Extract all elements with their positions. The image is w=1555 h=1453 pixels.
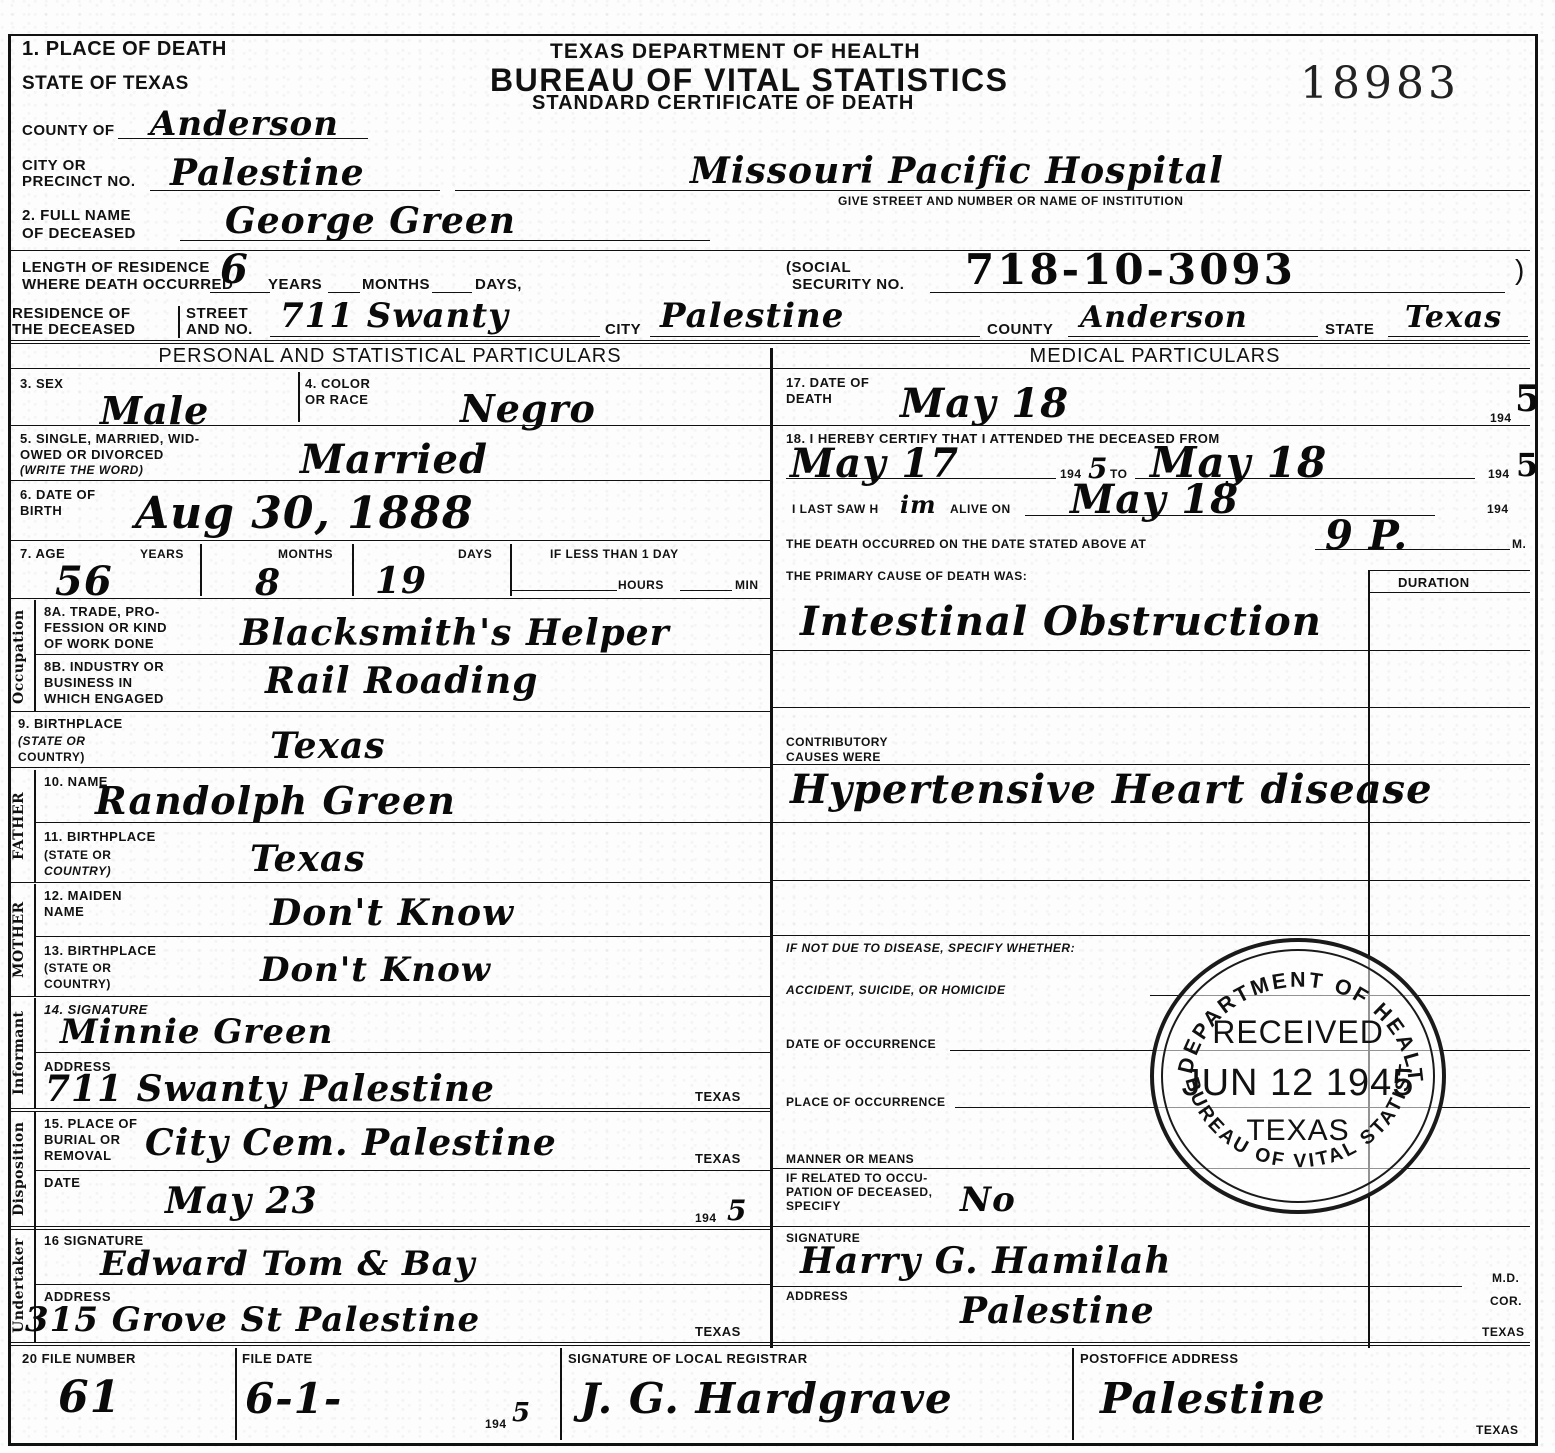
informant-address-value: 711 Swanty Palestine [45,1068,495,1110]
place-occurrence-label: PLACE OF OCCURRENCE [786,1096,946,1109]
manner-label: MANNER OR MEANS [786,1153,914,1166]
res-county-label: COUNTY [987,322,1053,338]
occ-related-label-3: SPECIFY [786,1200,841,1213]
burial-label-1: 15. PLACE OF [44,1117,137,1131]
md-label: M.D. [1492,1272,1519,1285]
file-date-value: 6-1- [245,1374,342,1423]
burial-year-suffix: 5 [727,1194,747,1227]
footer-texas-label: TEXAS [1476,1424,1519,1437]
dob-value: Aug 30, 1888 [135,488,474,539]
street-label-1: STREET [186,306,248,322]
color-label-1: 4. COLOR [305,377,370,391]
age-lt-day-label: IF LESS THAN 1 DAY [550,548,679,561]
marital-label-3: (WRITE THE WORD) [20,464,143,477]
informant-texas-label: TEXAS [695,1090,741,1104]
father-name-value: Randolph Green [95,778,456,823]
hours-label: HOURS [618,579,664,592]
state-of-texas-label: STATE OF TEXAS [22,76,189,92]
death-time-label: THE DEATH OCCURRED ON THE DATE STATED AB… [786,538,1146,551]
alive-on-label: ALIVE ON [950,503,1011,516]
personal-section-title: PERSONAL AND STATISTICAL PARTICULARS [10,345,770,368]
age-years-label: YEARS [140,548,184,561]
mother-bp-label-3: COUNTRY) [44,978,111,991]
res-state-label: STATE [1325,322,1374,338]
contributory-label-1: CONTRIBUTORY [786,736,888,749]
institution-hint: GIVE STREET AND NUMBER OR NAME OF INSTIT… [838,195,1183,208]
county-label: COUNTY OF [22,123,115,139]
physician-address-value: Palestine [960,1290,1155,1332]
stamp-state: TEXAS [1154,1114,1442,1148]
mother-bp-label-1: 13. BIRTHPLACE [44,944,156,958]
postoffice-label: POSTOFFICE ADDRESS [1080,1352,1239,1366]
deceased-name-value: George Green [225,200,516,242]
full-name-label-1: 2. FULL NAME [22,208,131,224]
attended-to-year-prefix: 194 [1488,468,1510,481]
age-months-label: MONTHS [278,548,333,561]
residence-length-label-1: LENGTH OF RESIDENCE [22,260,210,276]
industry-value: Rail Roading [265,660,538,702]
informant-signature-value: Minnie Green [60,1012,333,1052]
years-label: YEARS [268,277,322,293]
attended-to-year-suffix: 5 [1516,446,1539,484]
res-county-value: Anderson [1080,300,1248,335]
trade-label-3: OF WORK DONE [44,637,154,651]
cor-label: COR. [1490,1295,1522,1308]
birthplace-label-3: COUNTRY) [18,751,85,764]
mother-name-label-2: NAME [44,905,84,919]
burial-year-prefix: 194 [695,1212,717,1225]
last-saw-year-prefix: 194 [1487,503,1509,516]
months-label: MONTHS [362,277,430,293]
marital-value: Married [300,436,488,483]
postoffice-value: Palestine [1100,1374,1326,1423]
residence-length-label-2: WHERE DEATH OCCURRED [22,277,233,293]
registrar-label: SIGNATURE OF LOCAL REGISTRAR [568,1352,808,1366]
informant-side-label: Informant [11,998,33,1108]
trade-label-2: FESSION OR KIND [44,621,167,635]
industry-label-3: WHICH ENGAGED [44,692,164,706]
ssn-label-1: (SOCIAL [786,260,851,276]
undertaker-address-value: 315 Grove St Palestine [25,1300,480,1340]
dod-label-2: DEATH [786,392,832,406]
dob-label-2: BIRTH [20,504,62,518]
mother-side-label: MOTHER [11,884,33,996]
occ-related-label-1: IF RELATED TO OCCU- [786,1172,928,1185]
birthplace-label-1: 9. BIRTHPLACE [18,717,123,731]
file-number-label: 20 FILE NUMBER [22,1352,136,1366]
m-label: M. [1512,538,1526,551]
city-label-1: CITY OR [22,158,86,174]
res-city-value: Palestine [660,296,844,336]
burial-texas-label: TEXAS [695,1152,741,1166]
physician-texas-label: TEXAS [1482,1326,1525,1339]
place-of-death-label: 1. PLACE OF DEATH [22,41,227,57]
county-value: Anderson [150,104,339,144]
mother-name-value: Don't Know [270,892,514,934]
burial-label-3: REMOVAL [44,1149,112,1163]
received-stamp: DEPARTMENT OF HEALTH BUREAU OF VITAL STA… [1150,938,1446,1214]
min-label: MIN [735,579,759,592]
full-name-label-2: OF DECEASED [22,226,136,242]
last-saw-label: I LAST SAW H [792,503,879,516]
dob-label-1: 6. DATE OF [20,488,96,502]
residence-label-1: RESIDENCE OF [12,306,131,322]
father-bp-value: Texas [250,838,366,880]
days-label: DAYS, [475,277,522,293]
city-label-2: PRECINCT NO. [22,174,136,190]
mother-bp-label-2: (STATE OR [44,962,111,975]
age-days-value: 19 [375,560,427,602]
industry-label-1: 8B. INDUSTRY OR [44,660,164,674]
file-number-value: 61 [58,1372,121,1423]
res-state-value: Texas [1405,300,1502,335]
father-bp-label-1: 11. BIRTHPLACE [44,830,156,844]
primary-cause-label: THE PRIMARY CAUSE OF DEATH WAS: [786,570,1027,583]
not-disease-label: IF NOT DUE TO DISEASE, SPECIFY WHETHER: [786,942,1075,955]
undertaker-texas-label: TEXAS [695,1325,741,1339]
father-bp-label-3: COUNTRY) [44,865,111,878]
trade-value: Blacksmith's Helper [240,612,670,654]
father-side-label: FATHER [11,770,33,882]
res-city-label: CITY [605,322,641,338]
disposition-side-label: Disposition [11,1112,33,1226]
last-saw-pronoun: im [900,490,937,519]
file-date-label: FILE DATE [242,1352,313,1366]
mother-name-label-1: 12. MAIDEN [44,889,122,903]
death-certificate: 1. PLACE OF DEATH STATE OF TEXAS TEXAS D… [0,0,1555,1453]
certificate-number: 18983 [1300,58,1460,109]
physician-signature-value: Harry G. Hamilah [800,1240,1172,1282]
sex-value: Male [100,388,209,433]
sex-label: 3. SEX [20,377,63,391]
street-value: 711 Swanty [280,296,509,336]
death-time-value: 9 P. [1325,512,1408,559]
occ-related-value: No [960,1180,1016,1220]
date-occurrence-label: DATE OF OCCURRENCE [786,1038,936,1051]
file-year-prefix: 194 [485,1418,507,1431]
ssn-label-2: SECURITY NO. [792,277,904,293]
stamp-date: JUN 12 1945 [1154,1062,1442,1105]
contributory-label-2: CAUSES WERE [786,751,881,764]
birthplace-label-2: (STATE OR [18,735,85,748]
burial-place-value: City Cem. Palestine [145,1122,557,1164]
physician-address-label: ADDRESS [786,1290,848,1303]
last-saw-value: May 18 [1070,476,1239,523]
residence-label-2: THE DECEASED [12,322,136,338]
burial-date-label: DATE [44,1176,80,1190]
father-bp-label-2: (STATE OR [44,849,111,862]
street-label-2: AND NO. [186,322,253,338]
contributory-value: Hypertensive Heart disease [790,766,1433,813]
occupation-side-label: Occupation [11,600,33,714]
city-value: Palestine [170,152,365,194]
dod-value: May 18 [900,380,1069,427]
institution-value: Missouri Pacific Hospital [690,150,1224,192]
dod-label-1: 17. DATE OF [786,376,869,390]
undertaker-signature-value: Edward Tom & Bay [100,1244,475,1284]
stamp-received: RECEIVED [1154,1014,1442,1051]
accident-label: ACCIDENT, SUICIDE, OR HOMICIDE [786,984,1005,997]
trade-label-1: 8A. TRADE, PRO- [44,605,160,619]
residence-years-value: 6 [220,246,249,293]
burial-date-value: May 23 [165,1180,318,1222]
birthplace-value: Texas [270,725,386,767]
file-year-suffix: 5 [512,1398,531,1428]
form-title: STANDARD CERTIFICATE OF DEATH [532,92,914,115]
industry-label-2: BUSINESS IN [44,676,133,690]
attended-from-value: May 17 [790,440,959,487]
ssn-value: 718-10-3093 [965,245,1296,294]
medical-section-title: MEDICAL PARTICULARS [775,345,1535,368]
age-days-label: DAYS [458,548,492,561]
burial-label-2: BURIAL OR [44,1133,120,1147]
department-title: TEXAS DEPARTMENT OF HEALTH [550,40,921,64]
registrar-signature: J. G. Hardgrave [580,1374,953,1423]
dod-year-suffix: 5 [1515,378,1541,420]
occ-related-label-2: PATION OF DECEASED, [786,1186,932,1199]
duration-label: DURATION [1398,576,1470,590]
mother-bp-value: Don't Know [260,950,491,990]
primary-cause-value: Intestinal Obstruction [800,598,1322,645]
color-label-2: OR RACE [305,393,368,407]
marital-label-1: 5. SINGLE, MARRIED, WID- [20,432,200,446]
dod-year-prefix: 194 [1490,412,1512,425]
ssn-close-paren: ) [1515,262,1525,278]
marital-label-2: OWED OR DIVORCED [20,448,164,462]
